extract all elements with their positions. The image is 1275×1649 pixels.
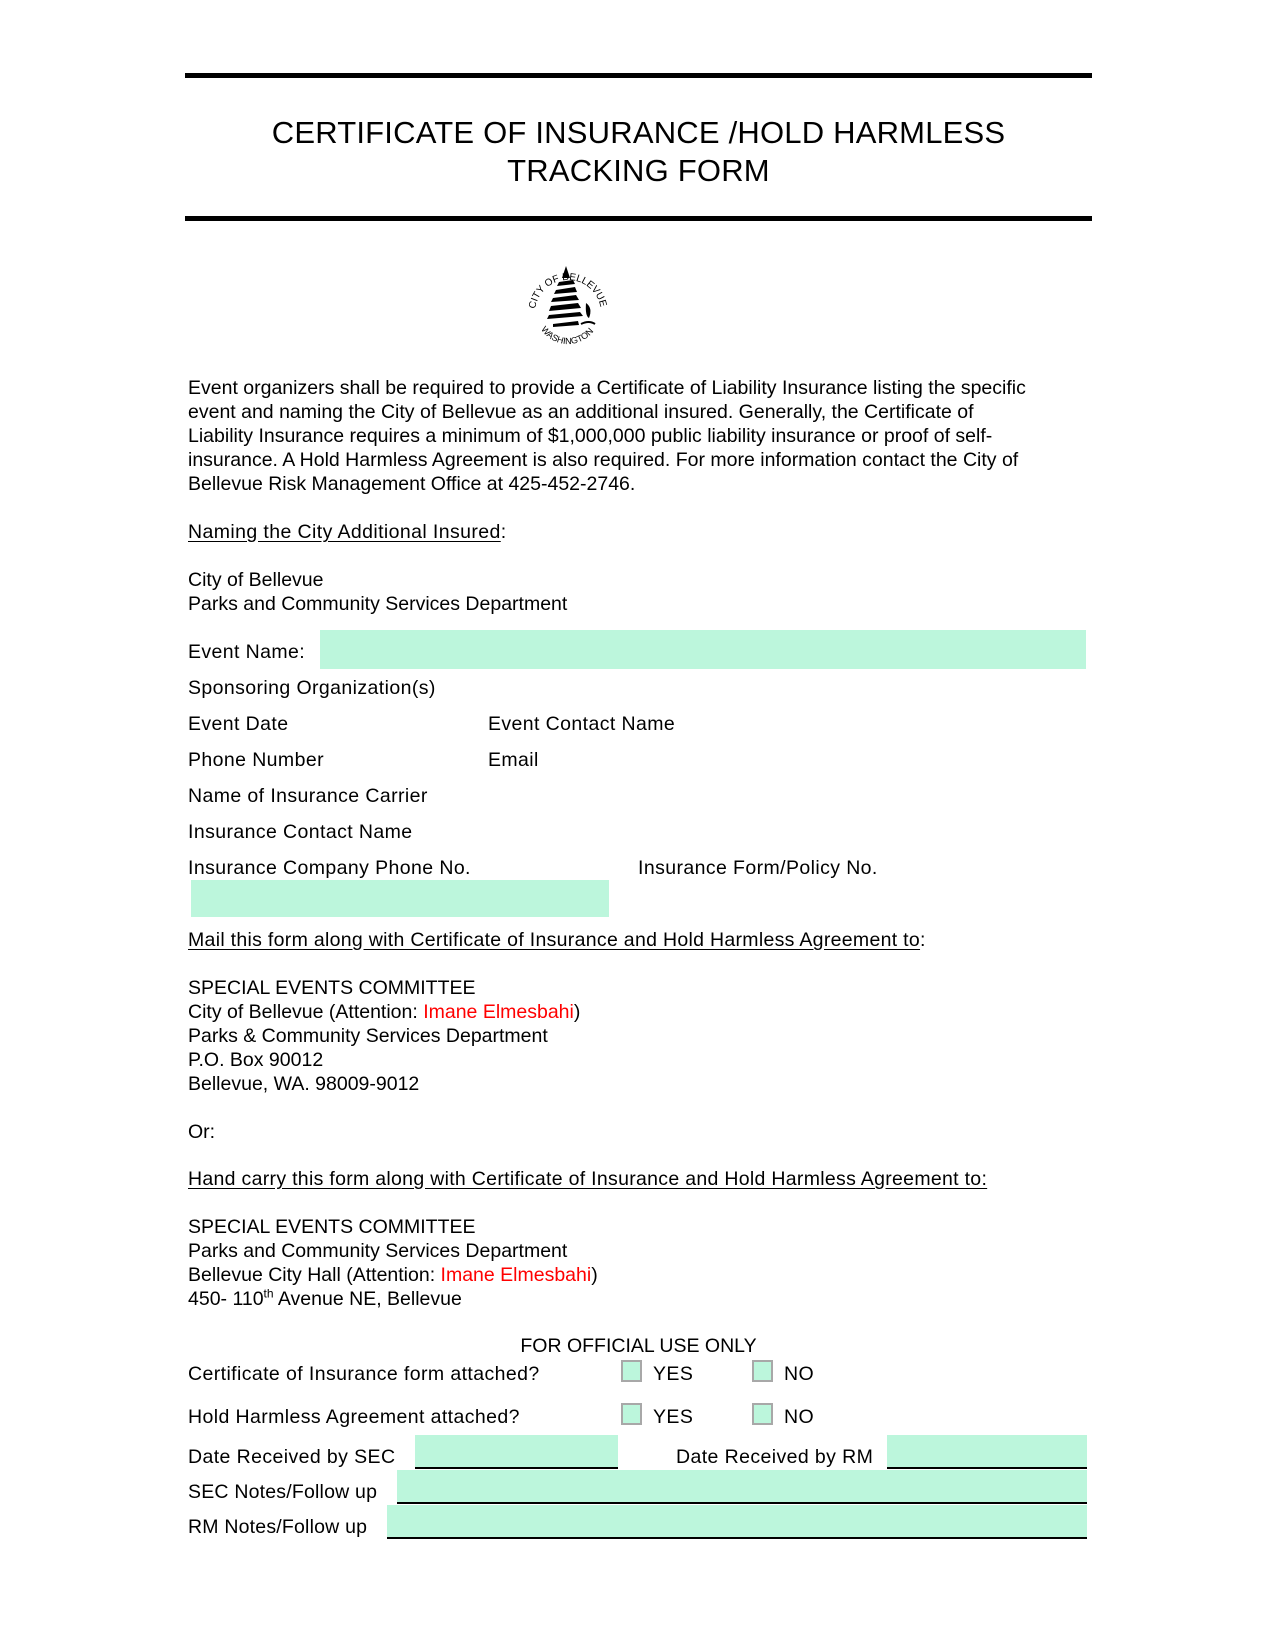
cert-attached-yes-label: YES [653, 1362, 693, 1386]
attention-prefix: City of Bellevue (Attention: [188, 1001, 423, 1023]
event-name-field[interactable] [320, 630, 1086, 669]
hand-carry-heading: Hand carry this form along with Certific… [188, 1167, 987, 1191]
hand-carry-attention-line: Bellevue City Hall (Attention: Imane Elm… [188, 1263, 598, 1287]
top-rule [185, 73, 1092, 78]
city-of-bellevue-seal-icon: CITY OF BELLEVUE WASHINGTON [523, 258, 613, 358]
hold-harmless-no-label: NO [784, 1405, 814, 1429]
cert-attached-label: Certificate of Insurance form attached? [188, 1362, 540, 1386]
event-contact-name-label: Event Contact Name [488, 712, 675, 736]
hand-carry-department-line: Parks and Community Services Department [188, 1239, 567, 1263]
address-street: Avenue NE, Bellevue [274, 1288, 462, 1310]
hold-harmless-no-checkbox[interactable] [752, 1403, 773, 1425]
intro-line: Liability Insurance requires a minimum o… [188, 424, 1093, 448]
intro-paragraph: Event organizers shall be required to pr… [188, 376, 1093, 496]
date-received-rm-label: Date Received by RM [676, 1445, 873, 1469]
rm-notes-label: RM Notes/Follow up [188, 1515, 367, 1539]
email-label: Email [488, 748, 539, 772]
sec-notes-label: SEC Notes/Follow up [188, 1480, 377, 1504]
colon: : [501, 521, 507, 543]
additional-insured-heading-text: Naming the City Additional Insured [188, 521, 501, 543]
sponsoring-organization-label: Sponsoring Organization(s) [188, 676, 436, 700]
title-line-2: TRACKING FORM [185, 152, 1092, 190]
insurance-company-phone-label: Insurance Company Phone No. [188, 856, 471, 880]
event-name-label: Event Name: [188, 640, 305, 664]
phone-number-label: Phone Number [188, 748, 324, 772]
page-title: CERTIFICATE OF INSURANCE /HOLD HARMLESS … [185, 114, 1092, 190]
date-received-rm-field[interactable] [887, 1435, 1087, 1469]
hold-harmless-attached-label: Hold Harmless Agreement attached? [188, 1405, 520, 1429]
attention-name: Imane Elmesbahi [441, 1264, 592, 1286]
insured-department-line: Parks and Community Services Department [188, 592, 567, 616]
title-line-1: CERTIFICATE OF INSURANCE /HOLD HARMLESS [185, 114, 1092, 152]
insured-city-line: City of Bellevue [188, 568, 323, 592]
attention-prefix: Bellevue City Hall (Attention: [188, 1264, 441, 1286]
address-ordinal: th [264, 1287, 274, 1301]
hold-harmless-yes-label: YES [653, 1405, 693, 1429]
insurance-contact-name-label: Insurance Contact Name [188, 820, 413, 844]
mail-committee-line: SPECIAL EVENTS COMMITTEE [188, 976, 476, 1000]
bottom-title-rule [185, 216, 1092, 221]
official-use-heading: FOR OFFICIAL USE ONLY [185, 1334, 1092, 1358]
hand-carry-heading-text: Hand carry this form along with Certific… [188, 1168, 987, 1190]
event-date-label: Event Date [188, 712, 288, 736]
cert-attached-no-checkbox[interactable] [752, 1360, 773, 1382]
insurance-company-phone-field[interactable] [191, 880, 609, 917]
hold-harmless-yes-checkbox[interactable] [621, 1403, 642, 1425]
insurance-policy-label: Insurance Form/Policy No. [638, 856, 878, 880]
attention-suffix: ) [574, 1001, 581, 1023]
mail-department-line: Parks & Community Services Department [188, 1024, 548, 1048]
intro-line: insurance. A Hold Harmless Agreement is … [188, 448, 1093, 472]
mail-heading-text: Mail this form along with Certificate of… [188, 929, 920, 951]
date-received-sec-label: Date Received by SEC [188, 1445, 395, 1469]
cert-attached-yes-checkbox[interactable] [621, 1360, 642, 1382]
address-number: 450- 110 [188, 1288, 264, 1310]
intro-line: Bellevue Risk Management Office at 425-4… [188, 472, 1093, 496]
hand-carry-address-line: 450- 110th Avenue NE, Bellevue [188, 1287, 462, 1311]
mail-po-box-line: P.O. Box 90012 [188, 1048, 323, 1072]
attention-suffix: ) [591, 1264, 598, 1286]
mail-city-line: Bellevue, WA. 98009-9012 [188, 1072, 419, 1096]
hand-carry-committee-line: SPECIAL EVENTS COMMITTEE [188, 1215, 476, 1239]
svg-text:WASHINGTON: WASHINGTON [539, 324, 595, 346]
insurance-carrier-label: Name of Insurance Carrier [188, 784, 428, 808]
or-text: Or: [188, 1120, 215, 1144]
intro-line: Event organizers shall be required to pr… [188, 376, 1093, 400]
additional-insured-heading: Naming the City Additional Insured: [188, 520, 507, 544]
colon: : [920, 929, 926, 951]
cert-attached-no-label: NO [784, 1362, 814, 1386]
sec-notes-field[interactable] [397, 1470, 1087, 1504]
attention-name: Imane Elmesbahi [423, 1001, 574, 1023]
mail-heading: Mail this form along with Certificate of… [188, 928, 926, 952]
rm-notes-field[interactable] [387, 1505, 1087, 1539]
intro-line: event and naming the City of Bellevue as… [188, 400, 1093, 424]
date-received-sec-field[interactable] [415, 1435, 618, 1469]
mail-attention-line: City of Bellevue (Attention: Imane Elmes… [188, 1000, 580, 1024]
